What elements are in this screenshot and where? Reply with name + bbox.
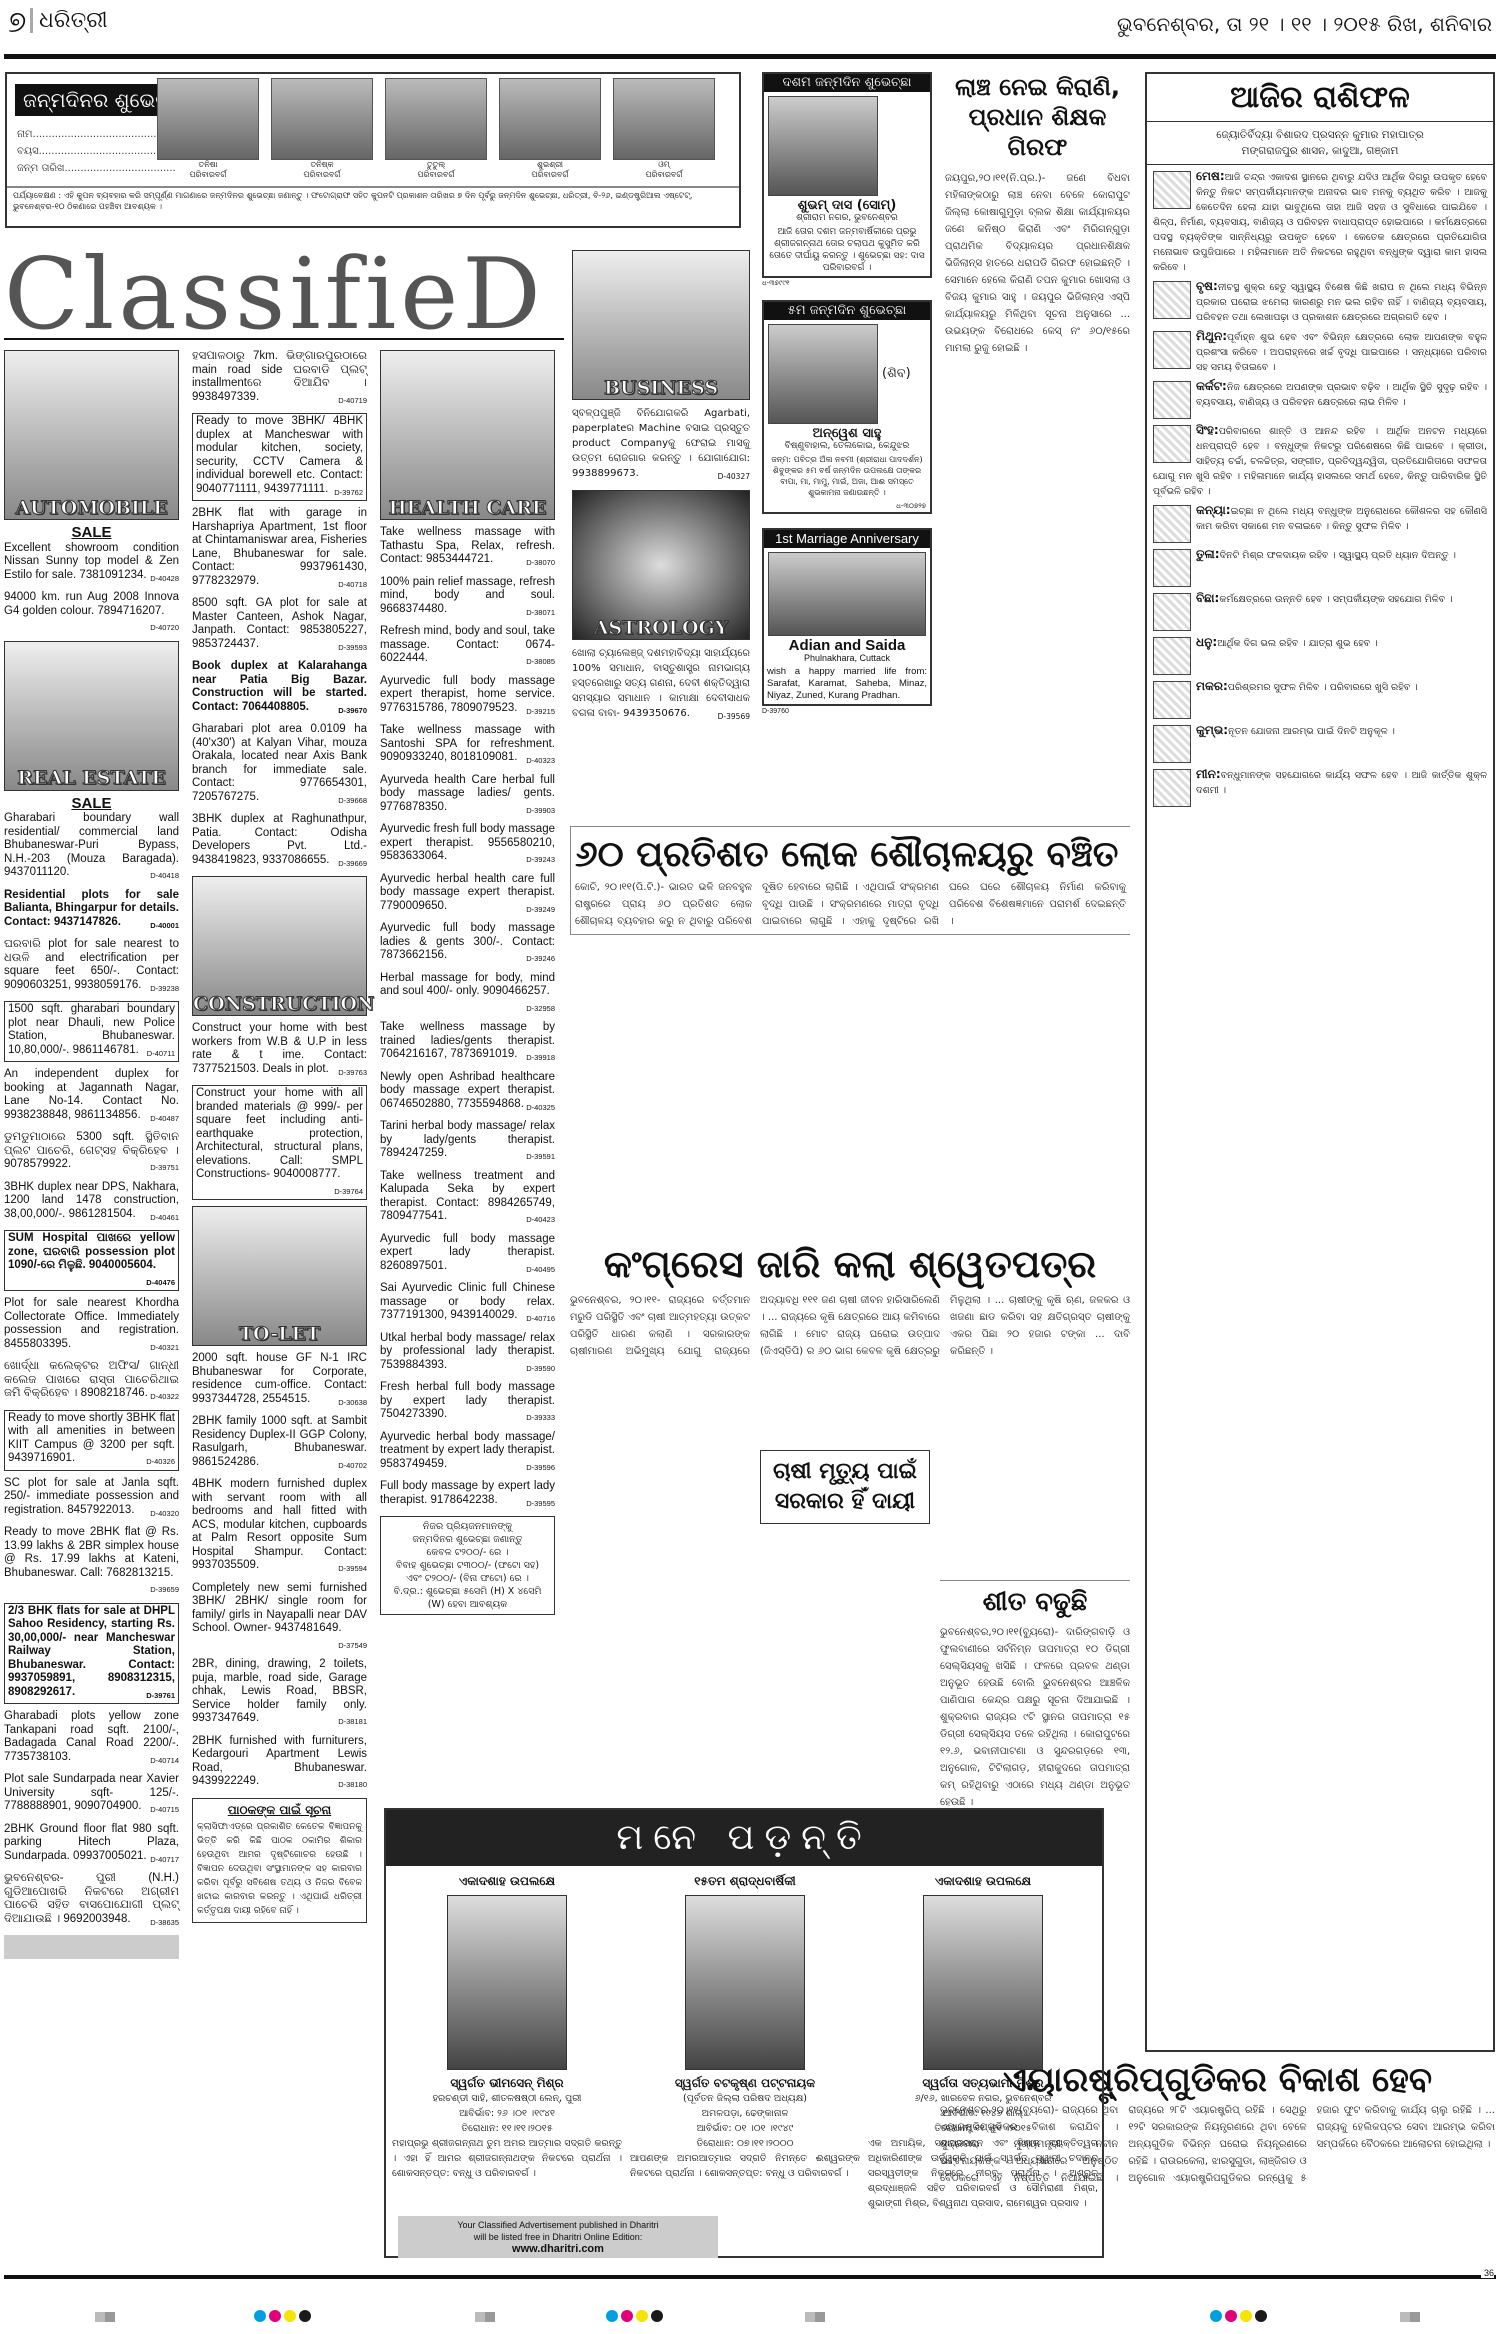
magenta-dot [269, 2310, 281, 2322]
construction-image: CONSTRUCTION [192, 876, 367, 1016]
black-dot [1255, 2310, 1267, 2322]
paper-logo: ଧରିତ୍ରୀ [30, 8, 108, 33]
health-care-image: HEALTH CARE [380, 350, 555, 520]
grey-register-mark [805, 2312, 825, 2322]
zodiac-icon [1153, 549, 1191, 587]
news-bribe: ଲାଞ୍ଚ ନେଇ କିରାଣି, ପ୍ରଧାନ ଶିକ୍ଷକ ଗିରଫ ଜୟପ… [945, 72, 1130, 357]
classified-ad: Tarini herbal body massage/ relax by lad… [380, 1120, 555, 1164]
zodiac-icon [1153, 171, 1191, 209]
masthead: ୭ ଧରିତ୍ରୀ ଭୁବନେଶ୍ବର, ତା ୨୧ । ୧୧ । ୨୦୧୫ ର… [0, 0, 1500, 56]
classified-ad: Ayurvedic herbal body massage/ treatment… [380, 1431, 555, 1475]
zodiac-icon [1153, 725, 1191, 763]
classified-ad: 4BHK modern furnished duplex with servan… [192, 1478, 367, 1576]
classified-ad: Ayurveda health Care herbal full body ma… [380, 774, 555, 818]
classified-ad: An independent duplex for booking at Jag… [4, 1068, 179, 1125]
real-estate-image: REAL ESTATE [4, 641, 179, 791]
story-body: କୋଚି, ୨୦।୧୧(ପି.ଟି.)- ଭାରତ ଭଳି ଜନବହୁଳ ରାଷ… [575, 879, 1126, 930]
news-toilets: ୬୦ ପ୍ରତିଶତ ଲୋକ ଶୌଚାଳୟରୁ ବଞ୍ଚିତ କୋଚି, ୨୦।… [570, 826, 1130, 935]
construction-ads: Construct your home with best workers fr… [192, 1022, 367, 1200]
age-field: ବୟସ.....................................… [17, 143, 176, 160]
kid-photo [271, 78, 373, 160]
classified-ad: Newly open Ashribad healthcare body mass… [380, 1071, 555, 1115]
classified-ad: Ayurvedic full body massage expert lady … [380, 1233, 555, 1277]
horoscope-title: ଆଜିର ରାଶିଫଳ [1147, 74, 1493, 122]
yellow-dot [284, 2310, 296, 2322]
classified-ad: Gharabari plot area 0.0109 ha (40'x30') … [192, 723, 367, 807]
magenta-dot [1225, 2310, 1237, 2322]
classified-ad: Construct your home with all branded mat… [192, 1085, 367, 1200]
zodiac-icon [1153, 637, 1191, 675]
classified-ad: 2BHK furnished with furniturers, Kedargo… [192, 1735, 367, 1792]
classified-ad: 3BHK duplex at Raghunathpur, Patia. Cont… [192, 813, 367, 870]
footer-rule [4, 2275, 1496, 2279]
yellow-dot [636, 2310, 648, 2322]
obituary-banner: ମନେ ପଡ଼ନ୍ତି [386, 1810, 1102, 1866]
classified-ad: Take wellness massage by trained ladies/… [380, 1021, 555, 1065]
story-body: ଭୁବନେଶ୍ବର,୨୦।୧୧(ବ୍ୟୁରୋ)- ଦାରିଙ୍ଗବାଡ଼ି ଓ … [940, 1624, 1130, 1811]
classified-ad: 2BR, dining, drawing, 2 toilets, puja, m… [192, 1658, 367, 1729]
cmyk-registration-marks [606, 2310, 663, 2322]
yellow-dot [1240, 2310, 1252, 2322]
zodiac-entry: କର୍କଟ:ନିଜ କ୍ଷେତ୍ରରେ ଅପଣଙ୍କ ପ୍ରଭାବ ବଢ଼ିବ … [1147, 375, 1493, 419]
greetings-column: ଦଶମ ଜନ୍ମଦିନ ଶୁଭେଚ୍ଛା ଶୁଭମ୍ ଦାସ (ସୋମ୍) ଶ୍… [762, 72, 932, 715]
classified-ad: 3BHK duplex near DPS, Nakhara, 1200 land… [4, 1181, 179, 1225]
classified-ad: Full body massage by expert lady therapi… [380, 1480, 555, 1510]
kid-photo [613, 78, 715, 160]
online-edition-note: Your Classified Advertisement published … [398, 2216, 718, 2258]
subheadline: ଚାଷୀ ମୃତ୍ୟୁ ପାଇଁ ସରକାର ହିଁ ଦାୟୀ [760, 1450, 930, 1524]
classified-ad: Fresh herbal full body massage by expert… [380, 1381, 555, 1425]
portrait-photo [685, 1895, 805, 2070]
classified-ad: Plot for sale nearest Khordha Collectora… [4, 1297, 179, 1354]
cmyk-registration-marks [254, 2310, 311, 2322]
column-1: AUTOMOBILE SALE Excellent showroom condi… [4, 350, 179, 1959]
business-ad: ସ୍ବଳ୍ପପୁଞ୍ଜି ବିନିଯୋଗକରି Agarbati, paperp… [572, 406, 750, 484]
classified-ad: 8500 sqft. GA plot for sale at Master Ca… [192, 597, 367, 654]
story-body: ଭୁବନେଶ୍ବର, ୨୦।୧୧- ରାଜ୍ୟରେ ବର୍ତ୍ତମାନ ମରୁଡ… [570, 1292, 1130, 1572]
kid-card: ତନିଷ୍କପରିବାରବର୍ଗ [271, 78, 373, 180]
horoscope-box: ଆଜିର ରାଶିଫଳ ଜ୍ୟୋତିର୍ବିଦ୍ୟା ବିଶାରଦ ପ୍ରସନ୍… [1145, 72, 1495, 2052]
news-congress: କଂଗ୍ରେସ ଜାରି କଲା ଶ୍ୱେତପତ୍ର ଭୁବନେଶ୍ବର, ୨୦… [570, 1240, 1130, 1572]
zodiac-list: ମେଷ:ଆଜି ଚନ୍ଦ୍ର ଏକାଦଶ ସ୍ଥାନରେ ଥିବାରୁ ଯଦିଓ… [1147, 165, 1493, 807]
classified-ad: Excellent showroom condition Nissan Sunn… [4, 542, 179, 586]
classified-ad: ଖୋର୍ଦ୍ଧା କଲେକ୍ଟର ଅଫିସ/ ଗାନ୍ଧୀ କଲେଜ ପାଖରେ… [4, 1360, 179, 1404]
zodiac-entry: ମେଷ:ଆଜି ଚନ୍ଦ୍ର ଏକାଦଶ ସ୍ଥାନରେ ଥିବାରୁ ଯଦିଓ… [1147, 165, 1493, 275]
zodiac-icon [1153, 505, 1191, 543]
zodiac-entry: ଧନୁ:ଆର୍ଥିକ ଦିଗ ଭଲ ରହିବ । ଯାତ୍ରା ଶୁଭ ହେବ … [1147, 631, 1493, 675]
kid-card: ତନିଷାପରିବାରବର୍ଗ [157, 78, 259, 180]
greeting-card: ଦଶମ ଜନ୍ମଦିନ ଶୁଭେଚ୍ଛା ଶୁଭମ୍ ଦାସ (ସୋମ୍) ଶ୍… [762, 72, 932, 278]
grey-register-mark [1400, 2312, 1420, 2322]
classified-ad: Gharabadi plots yellow zone Tankapani ro… [4, 1710, 179, 1767]
automobile-image: AUTOMOBILE [4, 350, 179, 520]
column-2: ହସପାଳଠାରୁ 7km. ଭିଙ୍ଗାରପୁରଠାରେ main road … [192, 350, 367, 1923]
cmyk-registration-marks [1210, 2310, 1267, 2322]
headline: ଶୀତ ବଢୁଛି [940, 1580, 1130, 1618]
zodiac-entry: ମିଥୁନ:ପୂର୍ବାହ୍ନ ଶୁଭ ହେବ ଏବଂ ବିଭିନ୍ନ କ୍ଷେ… [1147, 325, 1493, 375]
classified-ad: Gharabari boundary wall residential/ com… [4, 812, 179, 883]
kid-photos: ତନିଷାପରିବାରବର୍ଗ ତନିଷ୍କପରିବାରବର୍ଗ ତୁତୁଲ୍ପ… [157, 78, 715, 180]
obituary-person: ୧୫ତମ ଶ୍ରାଦ୍ଧବାର୍ଷିକୀ ସ୍ୱର୍ଗତ ବଟକୃଷ୍ଣ ପଟ୍… [630, 1874, 860, 2181]
masthead-rule [4, 54, 1496, 59]
greeting-photo [768, 96, 878, 196]
zodiac-icon [1153, 381, 1191, 419]
magenta-dot [621, 2310, 633, 2322]
classified-ad: Ready to move shortly 3BHK flat with all… [4, 1410, 179, 1471]
zodiac-entry: କନ୍ୟା:ଇଚ୍ଛା ନ ଥିଲେ ମଧ୍ୟ ବନ୍ଧୁଙ୍କ ଅନୁରୋଧର… [1147, 499, 1493, 543]
classified-ad: SC plot for sale at Janla sqft. 250/- im… [4, 1477, 179, 1521]
classified-ad: Ayurvedic full body massage expert thera… [380, 675, 555, 719]
zodiac-entry: ମୀନ:ବନ୍ଧୁମାନଙ୍କ ସହଯୋଗରେ କାର୍ଯ୍ୟ ସଫଳ ହେବ … [1147, 763, 1493, 807]
black-dot [299, 2310, 311, 2322]
classified-ad: Take wellness treatment and Kalupada Sek… [380, 1170, 555, 1227]
portrait-photo [447, 1895, 567, 2070]
classified-ad: 2BHK family 1000 sqft. at Sambit Residen… [192, 1415, 367, 1472]
health-ads: Take wellness massage with Tathastu Spa,… [380, 526, 555, 1510]
to-let-ads: 2000 sqft. house GF N-1 IRC Bhubaneswar … [192, 1352, 367, 1792]
classified-ad: 1500 sqft. gharabari boundary plot near … [4, 1001, 179, 1062]
coupon-fields: ନାମ.....................................… [17, 126, 176, 177]
portrait-photo [923, 1895, 1043, 2070]
kid-photo [157, 78, 259, 160]
zodiac-icon [1153, 769, 1191, 807]
cyan-dot [606, 2310, 618, 2322]
classified-ad: 94000 km. run Aug 2008 Innova G4 golden … [4, 591, 179, 635]
classified-banner: ClassifieD [4, 250, 564, 340]
name-field: ନାମ.....................................… [17, 126, 176, 143]
astrology-ad: ଖୋଲା ଚ୍ୟାଲେଞ୍ଜ୍ ଦଶମହାବିଦ୍ୟା ସାହାର୍ଯ୍ୟରେ … [572, 646, 750, 724]
classified-ad: Take wellness massage with Santoshi SPA … [380, 724, 555, 768]
news-cold: ଶୀତ ବଢୁଛି ଭୁବନେଶ୍ବର,୨୦।୧୧(ବ୍ୟୁରୋ)- ଦାରିଙ… [940, 1580, 1130, 1811]
kid-card: ଶୁଭଶ୍ରୀପରିବାରବର୍ଗ [499, 78, 601, 180]
sale-heading: SALE [4, 797, 179, 811]
kid-photo [499, 78, 601, 160]
page-marker: 36 [1481, 2268, 1494, 2278]
greeting-card: ୫ମ ଜନ୍ମଦିନ ଶୁଭେଚ୍ଛା (ଶିବ) ଅନ୍ୱେଶ ସାହୁ ବି… [762, 300, 932, 514]
classified-ad: 2000 sqft. house GF N-1 IRC Bhubaneswar … [192, 1352, 367, 1409]
couple-photo [768, 552, 926, 636]
black-dot [651, 2310, 663, 2322]
story-body: ଜୟପୁର,୨୦।୧୧(ନି.ପ୍ର.)- ଜଣେ ବିଧବା ମହିଳାଙ୍କ… [945, 170, 1130, 357]
cyan-dot [254, 2310, 266, 2322]
zodiac-entry: କୁମ୍ଭ:ନୂତନ ଯୋଜନା ଆରମ୍ଭ ପାଇଁ ଦିନଟି ଅନୁକୂଳ… [1147, 719, 1493, 763]
headline: ଲାଞ୍ଚ ନେଇ କିରାଣି, ପ୍ରଧାନ ଶିକ୍ଷକ ଗିରଫ [945, 72, 1130, 162]
classified-ad: Residential plots for sale Balianta, Bhi… [4, 889, 179, 933]
zodiac-icon [1153, 425, 1191, 463]
zodiac-icon [1153, 281, 1191, 319]
zodiac-icon [1153, 593, 1191, 631]
website-link[interactable]: www.dharitri.com [512, 2243, 604, 2255]
classified-ad: Take wellness massage with Tathastu Spa,… [380, 526, 555, 570]
classified-ad: Herbal massage for body, mind and soul 4… [380, 972, 555, 1016]
classified-ad: ହସପାଳଠାରୁ 7km. ଭିଙ୍ଗାରପୁରଠାରେ main road … [192, 350, 367, 407]
page-number: ୭ [8, 6, 26, 40]
zodiac-entry: ସିଂହ:ପରିବାରରେ ଶାନ୍ତି ଓ ଆନନ୍ଦ ରହିବ । ଆର୍ଥ… [1147, 419, 1493, 499]
obituary-box: ମନେ ପଡ଼ନ୍ତି ଏକାଦଶାହ ଉପଲକ୍ଷେ ସ୍ୱର୍ଗତ ଭୀମସ… [384, 1808, 1104, 2258]
obituary-person: ଏକାଦଶାହ ଉପଲକ୍ଷେ ସ୍ୱର୍ଗତ ଭୀମସେନ୍ ମିଶ୍ର ହର… [392, 1874, 622, 2181]
cyan-dot [1210, 2310, 1222, 2322]
birthday-coupon: ଜନ୍ମଦିନର ଶୁଭେଚ୍ଛା ନାମ...................… [5, 72, 741, 228]
classified-ad: 2BHK Ground floor flat 980 sqft. parking… [4, 1823, 179, 1867]
dateline: ଭୁବନେଶ୍ବର, ତା ୨୧ । ୧୧ । ୨୦୧୫ ରିଖ, ଶନିବାର [1117, 12, 1492, 36]
classified-ad: Book duplex at Kalarahanga near Patia Bi… [192, 660, 367, 717]
classified-ad: Refresh mind, body and soul, take massag… [380, 625, 555, 669]
classified-ad: Construct your home with best workers fr… [192, 1022, 367, 1079]
to-let-image: TO-LET [192, 1206, 367, 1346]
greeting-photo [768, 324, 878, 424]
zodiac-icon [1153, 331, 1191, 369]
classified-ad: Completely new semi furnished 3BHK/ 2BHK… [192, 1582, 367, 1653]
classified-ad: Ayurvedic herbal health care full body m… [380, 873, 555, 917]
business-image: BUSINESS [572, 250, 750, 400]
classified-ad: Ready to move 2BHK flat @ Rs. 13.99 lakh… [4, 1526, 179, 1597]
classified-ad: Sai Ayurvedic Clinic full Chinese massag… [380, 1282, 555, 1326]
headline: କଂଗ୍ରେସ ଜାରି କଲା ଶ୍ୱେତପତ୍ର [570, 1240, 1130, 1288]
property-ads: ହସପାଳଠାରୁ 7km. ଭିଙ୍ଗାରପୁରଠାରେ main road … [192, 350, 367, 870]
astrologer-byline: ଜ୍ୟୋତିର୍ବିଦ୍ୟା ବିଶାରଦ ପ୍ରସନ୍ନ କୁମାର ମହାପ… [1147, 122, 1493, 165]
zodiac-icon [1153, 681, 1191, 719]
dob-field: ଜନ୍ମ ତାରିଖ..............................… [17, 160, 176, 177]
headline: ୬୦ ପ୍ରତିଶତ ଲୋକ ଶୌଚାଳୟରୁ ବଞ୍ଚିତ [575, 831, 1126, 879]
obituary-person: ଏକାଦଶାହ ଉପଲକ୍ଷେ ସ୍ୱର୍ଗତା ସତ୍ୟଭାମା ମିଶ୍ର … [868, 1874, 1098, 2211]
real-estate-ads: Gharabari boundary wall residential/ com… [4, 812, 179, 1929]
zodiac-entry: ତୁଳା:ଦିନଟି ମିଶ୍ର ଫଳଦାୟକ ରହିବ । ସ୍ୱାସ୍ଥ୍ୟ… [1147, 543, 1493, 587]
classified-ad: Ayurvedic fresh full body massage expert… [380, 823, 555, 867]
classified-ad: ଘରବାରି plot for sale nearest to ଧଉଳି and… [4, 938, 179, 995]
zodiac-entry: ବୃଷ:ନୀଚସ୍ଥ ଶୁକ୍ର ହେତୁ ସ୍ୱାସ୍ଥ୍ୟ ବିଶେଷ କି… [1147, 275, 1493, 325]
kid-card: ଓମ୍ପରିବାରବର୍ଗ [613, 78, 715, 180]
classified-ad: Plot sale Sundarpada near Xavier Univers… [4, 1773, 179, 1817]
classified-ad: 2/3 BHK flats for sale at DHPL Sahoo Res… [4, 1603, 179, 1705]
anniversary-card: 1st Marriage Anniversary Adian and Saida… [762, 528, 932, 706]
column-3: HEALTH CARE Take wellness massage with T… [380, 350, 555, 1615]
classified-ad: 100% pain relief massage, refresh mind, … [380, 576, 555, 620]
kid-card: ତୁତୁଲ୍ପରିବାରବର୍ଗ [385, 78, 487, 180]
coupon-note: ପର୍ଯ୍ୟାବେକ୍ଷଣ : ଏହି କୁପନ ବ୍ୟବହାର କରି ସମ୍… [7, 186, 739, 214]
classified-ad: SUM Hospital ପାଖରେ yellow zone, ଘରବାରି p… [4, 1230, 179, 1291]
column-4: BUSINESS ସ୍ବଳ୍ପପୁଞ୍ଜି ବିନିଯୋଗକରି Agarbat… [572, 250, 750, 730]
classified-ad: Ready to move 3BHK/ 4BHK duplex at Manch… [192, 413, 367, 501]
classified-ad: ଭୁବନେଶ୍ବର- ପୁରୀ (N.H.) ଗୁଡିଆପୋଖରି ନିକଟରେ… [4, 1872, 179, 1929]
wish-rates-box: ନିଜର ପ୍ରିୟଜନମାନଙ୍କୁଜନ୍ମଦିନର ଶୁଭେଚ୍ଛା ଜଣା… [380, 1516, 555, 1615]
classified-ad: ଡୁମଡୁମାଠାରେ 5300 sqft. ସ୍ଥିତିବାନ ପ୍ଲଟ ପା… [4, 1131, 179, 1175]
classified-ad: Utkal herbal body massage/ relax by prof… [380, 1332, 555, 1376]
zodiac-entry: ବିଛା:କର୍ମକ୍ଷେତ୍ରରେ ଉନ୍ନତି ହେବ । ସମ୍ପର୍କୀ… [1147, 587, 1493, 631]
grey-register-mark [475, 2312, 495, 2322]
grey-register-mark [95, 2312, 115, 2322]
reader-notice: ପାଠକଙ୍କ ପାଇଁ ସୂଚନା କ୍ଲାସିଫାଏଡ୍‌ରେ ପ୍ରକାଶ… [192, 1798, 367, 1923]
astrology-image: ASTROLOGY [572, 490, 750, 640]
zodiac-entry: ମକର:ପରିଶ୍ରମର ସୁଫଳ ମିଳିବ । ପରିବାରରେ ଖୁସି … [1147, 675, 1493, 719]
grey-filler [4, 1935, 179, 1959]
kid-photo [385, 78, 487, 160]
sale-heading: SALE [4, 526, 179, 540]
classified-ad: 2BHK flat with garage in Harshapriya Apa… [192, 507, 367, 591]
classified-ad: Ayurvedic full body massage ladies & gen… [380, 922, 555, 966]
